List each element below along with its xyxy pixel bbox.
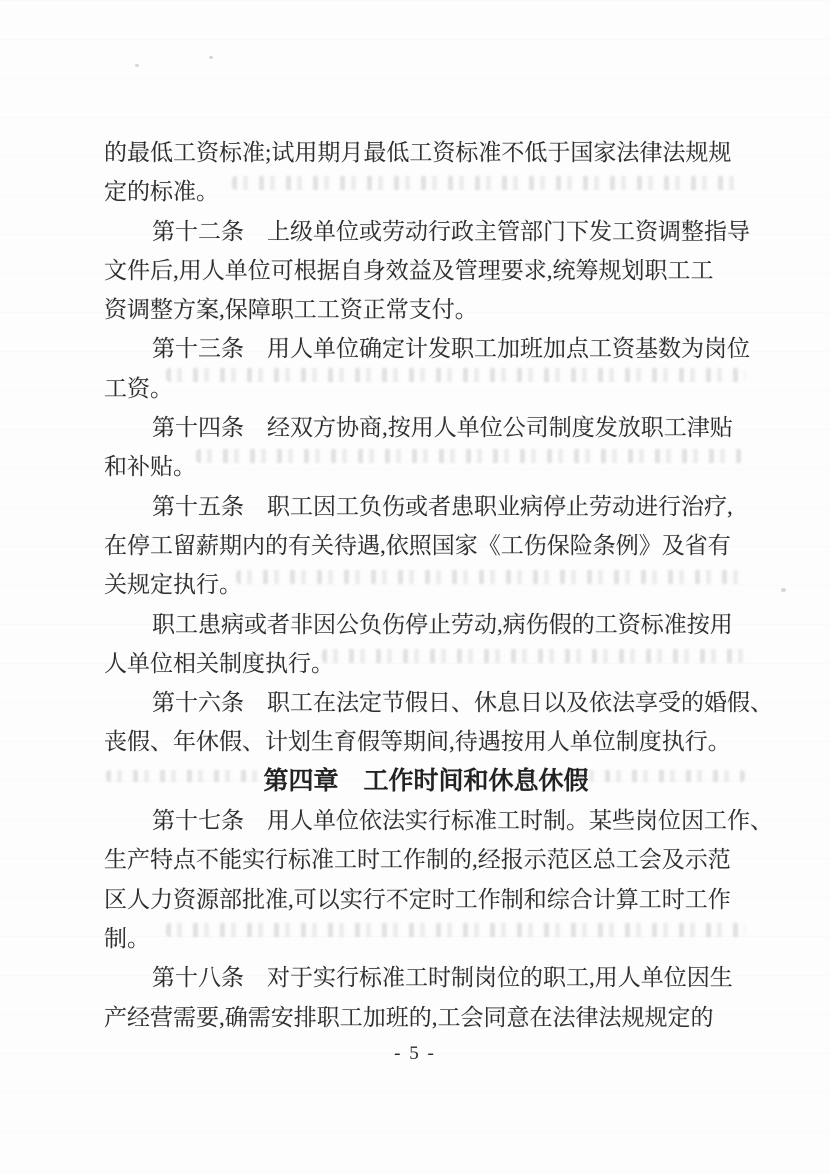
scan-speck	[209, 56, 213, 59]
text-line: 定的标准。	[104, 172, 748, 211]
text-line: 第十八条 对于实行标准工时制岗位的职工,用人单位因生	[104, 958, 748, 997]
text-line: 和补贴。	[104, 447, 748, 486]
text-line: 在停工留薪期内的有关待遇,依照国家《工伤保险条例》及省有	[104, 526, 748, 565]
scan-speck	[135, 64, 139, 67]
text-line: 资调整方案,保障职工工资正常支付。	[104, 290, 748, 329]
text-line: 区人力资源部批准,可以实行不定时工作制和综合计算工时工作	[104, 880, 748, 919]
text-line: 产经营需要,确需安排职工加班的,工会同意在法律法规规定的	[104, 998, 748, 1037]
chapter-heading: 第四章 工作时间和休息休假	[104, 762, 748, 801]
text-line: 第十五条 职工因工负伤或者患职业病停止劳动进行治疗,	[104, 487, 748, 526]
text-line: 第十四条 经双方协商,按用人单位公司制度发放职工津贴	[104, 408, 748, 447]
text-line: 丧假、年休假、计划生育假等期间,待遇按用人单位制度执行。	[104, 722, 748, 761]
document-page: 的最低工资标准;试用期月最低工资标准不低于国家法律法规规定的标准。第十二条 上级…	[0, 0, 830, 1174]
text-line: 人单位相关制度执行。	[104, 644, 748, 683]
text-line: 第十二条 上级单位或劳动行政主管部门下发工资调整指导	[104, 212, 748, 251]
text-line: 的最低工资标准;试用期月最低工资标准不低于国家法律法规规	[104, 133, 748, 172]
text-line: 工资。	[104, 369, 748, 408]
document-body: 的最低工资标准;试用期月最低工资标准不低于国家法律法规规定的标准。第十二条 上级…	[104, 133, 748, 1037]
text-line: 第十七条 用人单位依法实行标准工时制。某些岗位因工作、	[104, 801, 748, 840]
page-number: - 5 -	[0, 1043, 830, 1065]
text-line: 生产特点不能实行标准工时工作制的,经报示范区总工会及示范	[104, 840, 748, 879]
scan-speck	[781, 588, 786, 592]
text-line: 职工患病或者非因公负伤停止劳动,病伤假的工资标准按用	[104, 605, 748, 644]
text-line: 文件后,用人单位可根据自身效益及管理要求,统筹规划职工工	[104, 251, 748, 290]
text-line: 制。	[104, 919, 748, 958]
text-line: 关规定执行。	[104, 565, 748, 604]
text-line: 第十三条 用人单位确定计发职工加班加点工资基数为岗位	[104, 329, 748, 368]
text-line: 第十六条 职工在法定节假日、休息日以及依法享受的婚假、	[104, 683, 748, 722]
